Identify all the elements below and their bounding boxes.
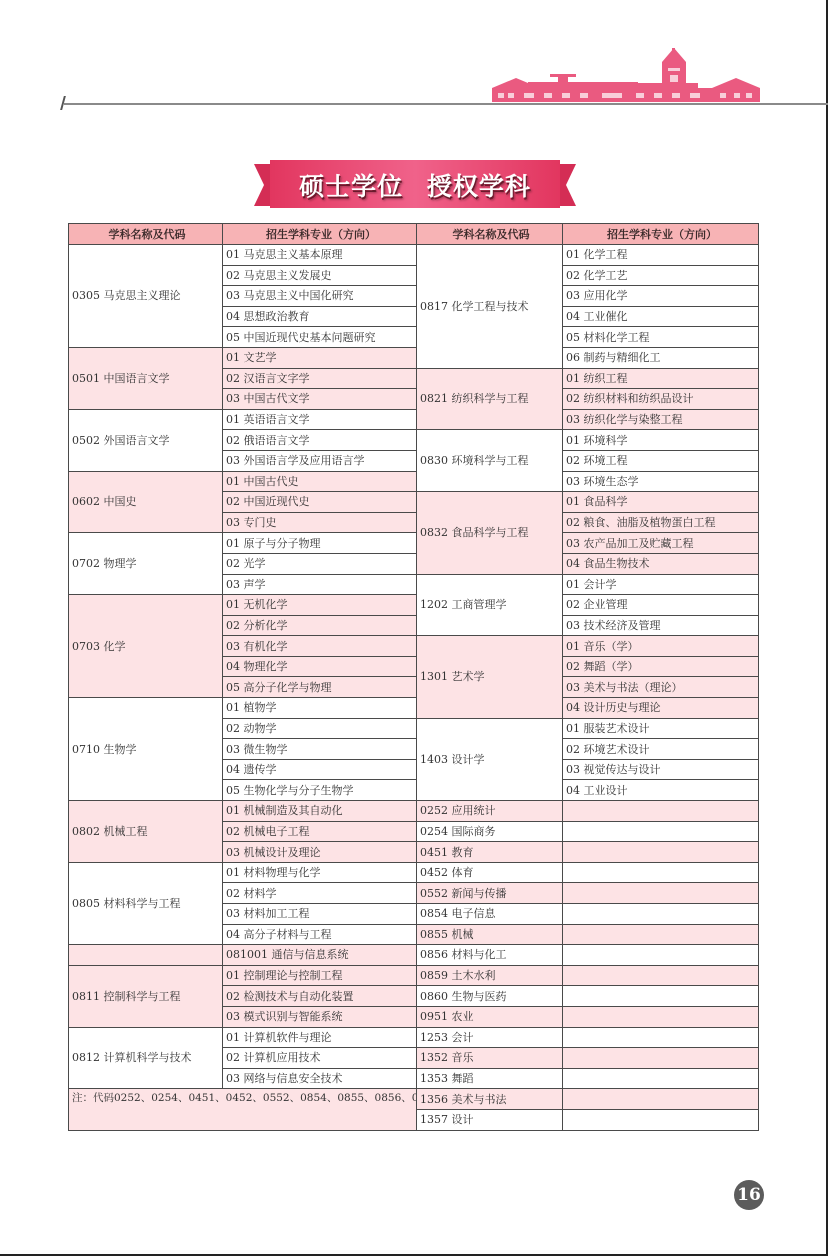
empty-cell — [563, 821, 759, 842]
table-row: 0805 材料科学与工程01 材料物理与化学0452 体育 — [69, 862, 759, 883]
specialty-cell: 04 高分子材料与工程 — [223, 924, 417, 945]
empty-cell — [563, 1006, 759, 1027]
professional-degree-cell: 0856 材料与化工 — [417, 945, 563, 966]
specialty-cell: 01 计算机软件与理论 — [223, 1027, 417, 1048]
professional-degree-cell: 0552 新闻与传播 — [417, 883, 563, 904]
specialty-cell: 01 中国古代史 — [223, 471, 417, 492]
empty-cell — [563, 904, 759, 925]
campus-building-icon — [490, 48, 764, 104]
page-title-text: 硕士学位 授权学科 — [254, 158, 576, 212]
table-row: 0305 马克思主义理论01 马克思主义基本原理0817 化学工程与技术01 化… — [69, 245, 759, 266]
discipline-name-cell: 0830 环境科学与工程 — [417, 430, 563, 492]
specialty-cell: 04 物理化学 — [223, 656, 417, 677]
discipline-name-cell: 0812 计算机科学与技术 — [69, 1027, 223, 1089]
discipline-name-cell: 0802 机械工程 — [69, 801, 223, 863]
professional-degree-cell: 0859 土木水利 — [417, 965, 563, 986]
specialty-cell: 02 动物学 — [223, 718, 417, 739]
empty-cell — [563, 945, 759, 966]
specialty-cell: 02 计算机应用技术 — [223, 1048, 417, 1069]
specialty-cell: 01 植物学 — [223, 698, 417, 719]
specialty-cell: 04 设计历史与理论 — [563, 698, 759, 719]
specialty-cell: 02 环境工程 — [563, 450, 759, 471]
column-header: 招生学科专业（方向） — [223, 224, 417, 245]
discipline-name-cell: 0703 化学 — [69, 595, 223, 698]
specialty-cell: 02 中国近现代史 — [223, 492, 417, 513]
specialty-cell: 03 声学 — [223, 574, 417, 595]
column-header: 招生学科专业（方向） — [563, 224, 759, 245]
specialty-cell: 01 原子与分子物理 — [223, 533, 417, 554]
empty-cell — [563, 842, 759, 863]
specialty-cell: 02 纺织材料和纺织品设计 — [563, 389, 759, 410]
specialty-cell: 05 高分子化学与物理 — [223, 677, 417, 698]
professional-degree-cell: 1352 音乐 — [417, 1048, 563, 1069]
specialty-cell: 03 有机化学 — [223, 636, 417, 657]
empty-cell — [563, 1089, 759, 1110]
specialty-cell: 081001 通信与信息系统 — [223, 945, 417, 966]
professional-degree-cell: 1356 美术与书法 — [417, 1089, 563, 1110]
discipline-name-cell: 1403 设计学 — [417, 718, 563, 800]
specialty-cell: 02 企业管理 — [563, 595, 759, 616]
specialty-cell: 06 制药与精细化工 — [563, 347, 759, 368]
table-row: 0501 中国语言文学01 文艺学06 制药与精细化工 — [69, 347, 759, 368]
specialty-cell: 03 模式识别与智能系统 — [223, 1006, 417, 1027]
empty-cell — [563, 924, 759, 945]
specialty-cell: 03 环境生态学 — [563, 471, 759, 492]
table-row: 0702 物理学01 原子与分子物理03 农产品加工及贮藏工程 — [69, 533, 759, 554]
specialty-cell: 03 应用化学 — [563, 286, 759, 307]
discipline-name-cell: 0811 控制科学与工程 — [69, 965, 223, 1027]
table-row: 0802 机械工程01 机械制造及其自动化0252 应用统计 — [69, 801, 759, 822]
specialty-cell: 02 马克思主义发展史 — [223, 265, 417, 286]
empty-cell — [563, 801, 759, 822]
empty-cell — [563, 1048, 759, 1069]
specialty-cell: 01 控制理论与控制工程 — [223, 965, 417, 986]
specialty-cell: 01 环境科学 — [563, 430, 759, 451]
discipline-name-cell: 0821 纺织科学与工程 — [417, 368, 563, 430]
specialty-cell: 02 机械电子工程 — [223, 821, 417, 842]
column-header: 学科名称及代码 — [69, 224, 223, 245]
specialty-cell: 01 音乐（学） — [563, 636, 759, 657]
empty-cell — [563, 986, 759, 1007]
empty-cell — [563, 862, 759, 883]
discipline-name-cell: 0305 马克思主义理论 — [69, 245, 223, 348]
specialty-cell: 02 检测技术与自动化装置 — [223, 986, 417, 1007]
professional-degree-cell: 0252 应用统计 — [417, 801, 563, 822]
empty-cell — [563, 1109, 759, 1130]
professional-degree-cell: 1357 设计 — [417, 1109, 563, 1130]
specialty-cell: 02 粮食、油脂及植物蛋白工程 — [563, 512, 759, 533]
discipline-name-cell: 0805 材料科学与工程 — [69, 862, 223, 944]
table-row: 081001 通信与信息系统0856 材料与化工 — [69, 945, 759, 966]
table-row: 0703 化学01 无机化学02 企业管理 — [69, 595, 759, 616]
table-row: 注：代码0252、0254、0451、0452、0552、0854、0855、0… — [69, 1089, 759, 1110]
specialty-cell: 04 工业设计 — [563, 780, 759, 801]
specialty-cell: 02 材料学 — [223, 883, 417, 904]
specialty-cell: 01 英语语言文学 — [223, 409, 417, 430]
discipline-name-cell: 1301 艺术学 — [417, 636, 563, 718]
professional-degree-cell: 0951 农业 — [417, 1006, 563, 1027]
empty-cell — [563, 883, 759, 904]
specialty-cell: 03 机械设计及理论 — [223, 842, 417, 863]
specialty-cell: 02 俄语语言文学 — [223, 430, 417, 451]
footnote-cell: 注：代码0252、0254、0451、0452、0552、0854、0855、0… — [69, 1089, 417, 1130]
discipline-name-cell: 0602 中国史 — [69, 471, 223, 533]
specialty-cell: 02 环境艺术设计 — [563, 739, 759, 760]
specialty-cell: 03 中国古代文学 — [223, 389, 417, 410]
table-body: 0305 马克思主义理论01 马克思主义基本原理0817 化学工程与技术01 化… — [69, 245, 759, 1131]
discipline-name-cell: 0702 物理学 — [69, 533, 223, 595]
page-title: 硕士学位 授权学科 — [254, 158, 576, 212]
discipline-name-cell — [69, 945, 223, 966]
professional-degree-cell: 1253 会计 — [417, 1027, 563, 1048]
specialty-cell: 04 工业催化 — [563, 306, 759, 327]
specialty-cell: 01 机械制造及其自动化 — [223, 801, 417, 822]
specialty-cell: 03 技术经济及管理 — [563, 615, 759, 636]
specialty-cell: 01 马克思主义基本原理 — [223, 245, 417, 266]
table-row: 0602 中国史01 中国古代史03 环境生态学 — [69, 471, 759, 492]
discipline-name-cell: 0501 中国语言文学 — [69, 347, 223, 409]
specialty-cell: 05 中国近现代史基本问题研究 — [223, 327, 417, 348]
specialty-cell: 02 光学 — [223, 553, 417, 574]
table-row: 0812 计算机科学与技术01 计算机软件与理论1253 会计 — [69, 1027, 759, 1048]
professional-degree-cell: 0452 体育 — [417, 862, 563, 883]
specialty-cell: 02 分析化学 — [223, 615, 417, 636]
specialty-cell: 03 材料加工工程 — [223, 904, 417, 925]
professional-degree-cell: 0254 国际商务 — [417, 821, 563, 842]
discipline-name-cell: 0502 外国语言文学 — [69, 409, 223, 471]
specialty-cell: 03 纺织化学与染整工程 — [563, 409, 759, 430]
discipline-name-cell: 0817 化学工程与技术 — [417, 245, 563, 369]
degree-table: 学科名称及代码 招生学科专业（方向） 学科名称及代码 招生学科专业（方向） 03… — [68, 223, 759, 1131]
specialty-cell: 01 会计学 — [563, 574, 759, 595]
specialty-cell: 04 食品生物技术 — [563, 553, 759, 574]
professional-degree-cell: 0451 教育 — [417, 842, 563, 863]
table-header-row: 学科名称及代码 招生学科专业（方向） 学科名称及代码 招生学科专业（方向） — [69, 224, 759, 245]
specialty-cell: 04 遗传学 — [223, 759, 417, 780]
specialty-cell: 03 专门史 — [223, 512, 417, 533]
professional-degree-cell: 0860 生物与医药 — [417, 986, 563, 1007]
specialty-cell: 01 食品科学 — [563, 492, 759, 513]
professional-degree-cell: 1353 舞蹈 — [417, 1068, 563, 1089]
table-row: 0502 外国语言文学01 英语语言文学03 纺织化学与染整工程 — [69, 409, 759, 430]
specialty-cell: 03 微生物学 — [223, 739, 417, 760]
specialty-cell: 02 汉语言文字学 — [223, 368, 417, 389]
specialty-cell: 03 美术与书法（理论） — [563, 677, 759, 698]
table-row: 0811 控制科学与工程01 控制理论与控制工程0859 土木水利 — [69, 965, 759, 986]
specialty-cell: 01 服装艺术设计 — [563, 718, 759, 739]
discipline-name-cell: 0710 生物学 — [69, 698, 223, 801]
specialty-cell: 01 材料物理与化学 — [223, 862, 417, 883]
empty-cell — [563, 1027, 759, 1048]
specialty-cell: 05 材料化学工程 — [563, 327, 759, 348]
specialty-cell: 04 思想政治教育 — [223, 306, 417, 327]
professional-degree-cell: 0854 电子信息 — [417, 904, 563, 925]
specialty-cell: 03 外国语言学及应用语言学 — [223, 450, 417, 471]
specialty-cell: 01 无机化学 — [223, 595, 417, 616]
specialty-cell: 02 舞蹈（学） — [563, 656, 759, 677]
specialty-cell: 01 化学工程 — [563, 245, 759, 266]
specialty-cell: 05 生物化学与分子生物学 — [223, 780, 417, 801]
table-row: 0710 生物学01 植物学04 设计历史与理论 — [69, 698, 759, 719]
specialty-cell: 03 视觉传达与设计 — [563, 759, 759, 780]
specialty-cell: 03 网络与信息安全技术 — [223, 1068, 417, 1089]
specialty-cell: 01 纺织工程 — [563, 368, 759, 389]
specialty-cell: 03 农产品加工及贮藏工程 — [563, 533, 759, 554]
empty-cell — [563, 965, 759, 986]
specialty-cell: 01 文艺学 — [223, 347, 417, 368]
column-header: 学科名称及代码 — [417, 224, 563, 245]
discipline-name-cell: 0832 食品科学与工程 — [417, 492, 563, 574]
specialty-cell: 02 化学工艺 — [563, 265, 759, 286]
page-number-badge: 16 — [734, 1180, 764, 1210]
specialty-cell: 03 马克思主义中国化研究 — [223, 286, 417, 307]
discipline-name-cell: 1202 工商管理学 — [417, 574, 563, 636]
empty-cell — [563, 1068, 759, 1089]
professional-degree-cell: 0855 机械 — [417, 924, 563, 945]
